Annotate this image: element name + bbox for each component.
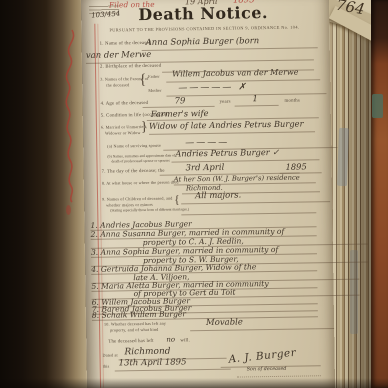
field-7-label: 7. The day of the decease; the bbox=[102, 170, 165, 176]
date-prefix: this bbox=[103, 365, 110, 369]
signature: A. J. Burger bbox=[228, 348, 297, 365]
age-months-label: months bbox=[285, 100, 300, 105]
mother-value: ————— ✗ bbox=[166, 82, 326, 97]
will-prefix: The deceased has left bbox=[108, 340, 153, 346]
field-1-value-cont: van der Merwe bbox=[86, 48, 314, 64]
dated-prefix: Dated at bbox=[102, 353, 117, 357]
father-value: Willem Jacobus van der Merwe bbox=[166, 68, 320, 82]
field-9-label: 9. Names of Children of deceased, and bbox=[102, 197, 172, 202]
page-subtitle: PURSUANT TO THE PROVISIONS CONTAINED IN … bbox=[87, 25, 321, 33]
mother-label: Mother bbox=[148, 89, 161, 93]
field-6a-label: (a) Name of surviving spouse bbox=[107, 144, 161, 149]
field-6-value: Widow of late Andries Petrus Burger bbox=[149, 119, 315, 135]
field-6b-label-cont: death of predeceased spouse or spouses bbox=[111, 160, 169, 165]
field-4-label: 4. Age of the deceased bbox=[101, 102, 149, 108]
father-label: Father bbox=[148, 75, 160, 79]
red-ink-blot bbox=[66, 205, 71, 215]
book-photo: 764 Filed on the 19 April 1895 103/454 D… bbox=[0, 0, 388, 388]
blank-rule bbox=[181, 212, 316, 215]
field-2-label: 2. Birthplace of the deceased bbox=[100, 65, 161, 71]
date-value: 13th April 1895 bbox=[115, 358, 231, 372]
field-9-value: All majors. bbox=[181, 190, 330, 204]
cover-teal-mark bbox=[372, 94, 383, 118]
parents-brace: { bbox=[139, 73, 146, 88]
page-title: Death Notice. bbox=[81, 4, 325, 24]
field-9-note: (Stating especially those born of differ… bbox=[110, 208, 189, 213]
signature-quality: Son of deceased bbox=[247, 368, 287, 373]
will-suffix: will. bbox=[180, 339, 190, 344]
death-notice-page: Filed on the 19 April 1895 103/454 Death… bbox=[81, 0, 335, 388]
field-3-label-cont: the deceased bbox=[106, 83, 129, 88]
field-6b-value: Andries Petrus Burger ✓ bbox=[171, 147, 319, 162]
married-brace: } bbox=[141, 121, 148, 135]
field-6-label-cont: Widower or Widow bbox=[105, 131, 141, 136]
field-7-year: 1895 bbox=[280, 162, 322, 174]
age-years-label: years bbox=[220, 101, 231, 106]
fore-edge-shading bbox=[328, 0, 374, 388]
field-10-value: Movable bbox=[190, 317, 334, 331]
bottom-shadow bbox=[0, 378, 388, 388]
field-10-label-cont: property, and of what kind bbox=[110, 328, 158, 333]
age-years-value: 79 bbox=[174, 97, 185, 106]
field-8-label: 8. At what house or where the person die… bbox=[102, 180, 179, 185]
age-months-rule bbox=[235, 105, 279, 107]
book-cover-edge bbox=[371, 0, 388, 388]
children-brace: { bbox=[174, 193, 180, 205]
will-value: no bbox=[166, 337, 175, 344]
age-months-value: 1 bbox=[252, 95, 258, 104]
